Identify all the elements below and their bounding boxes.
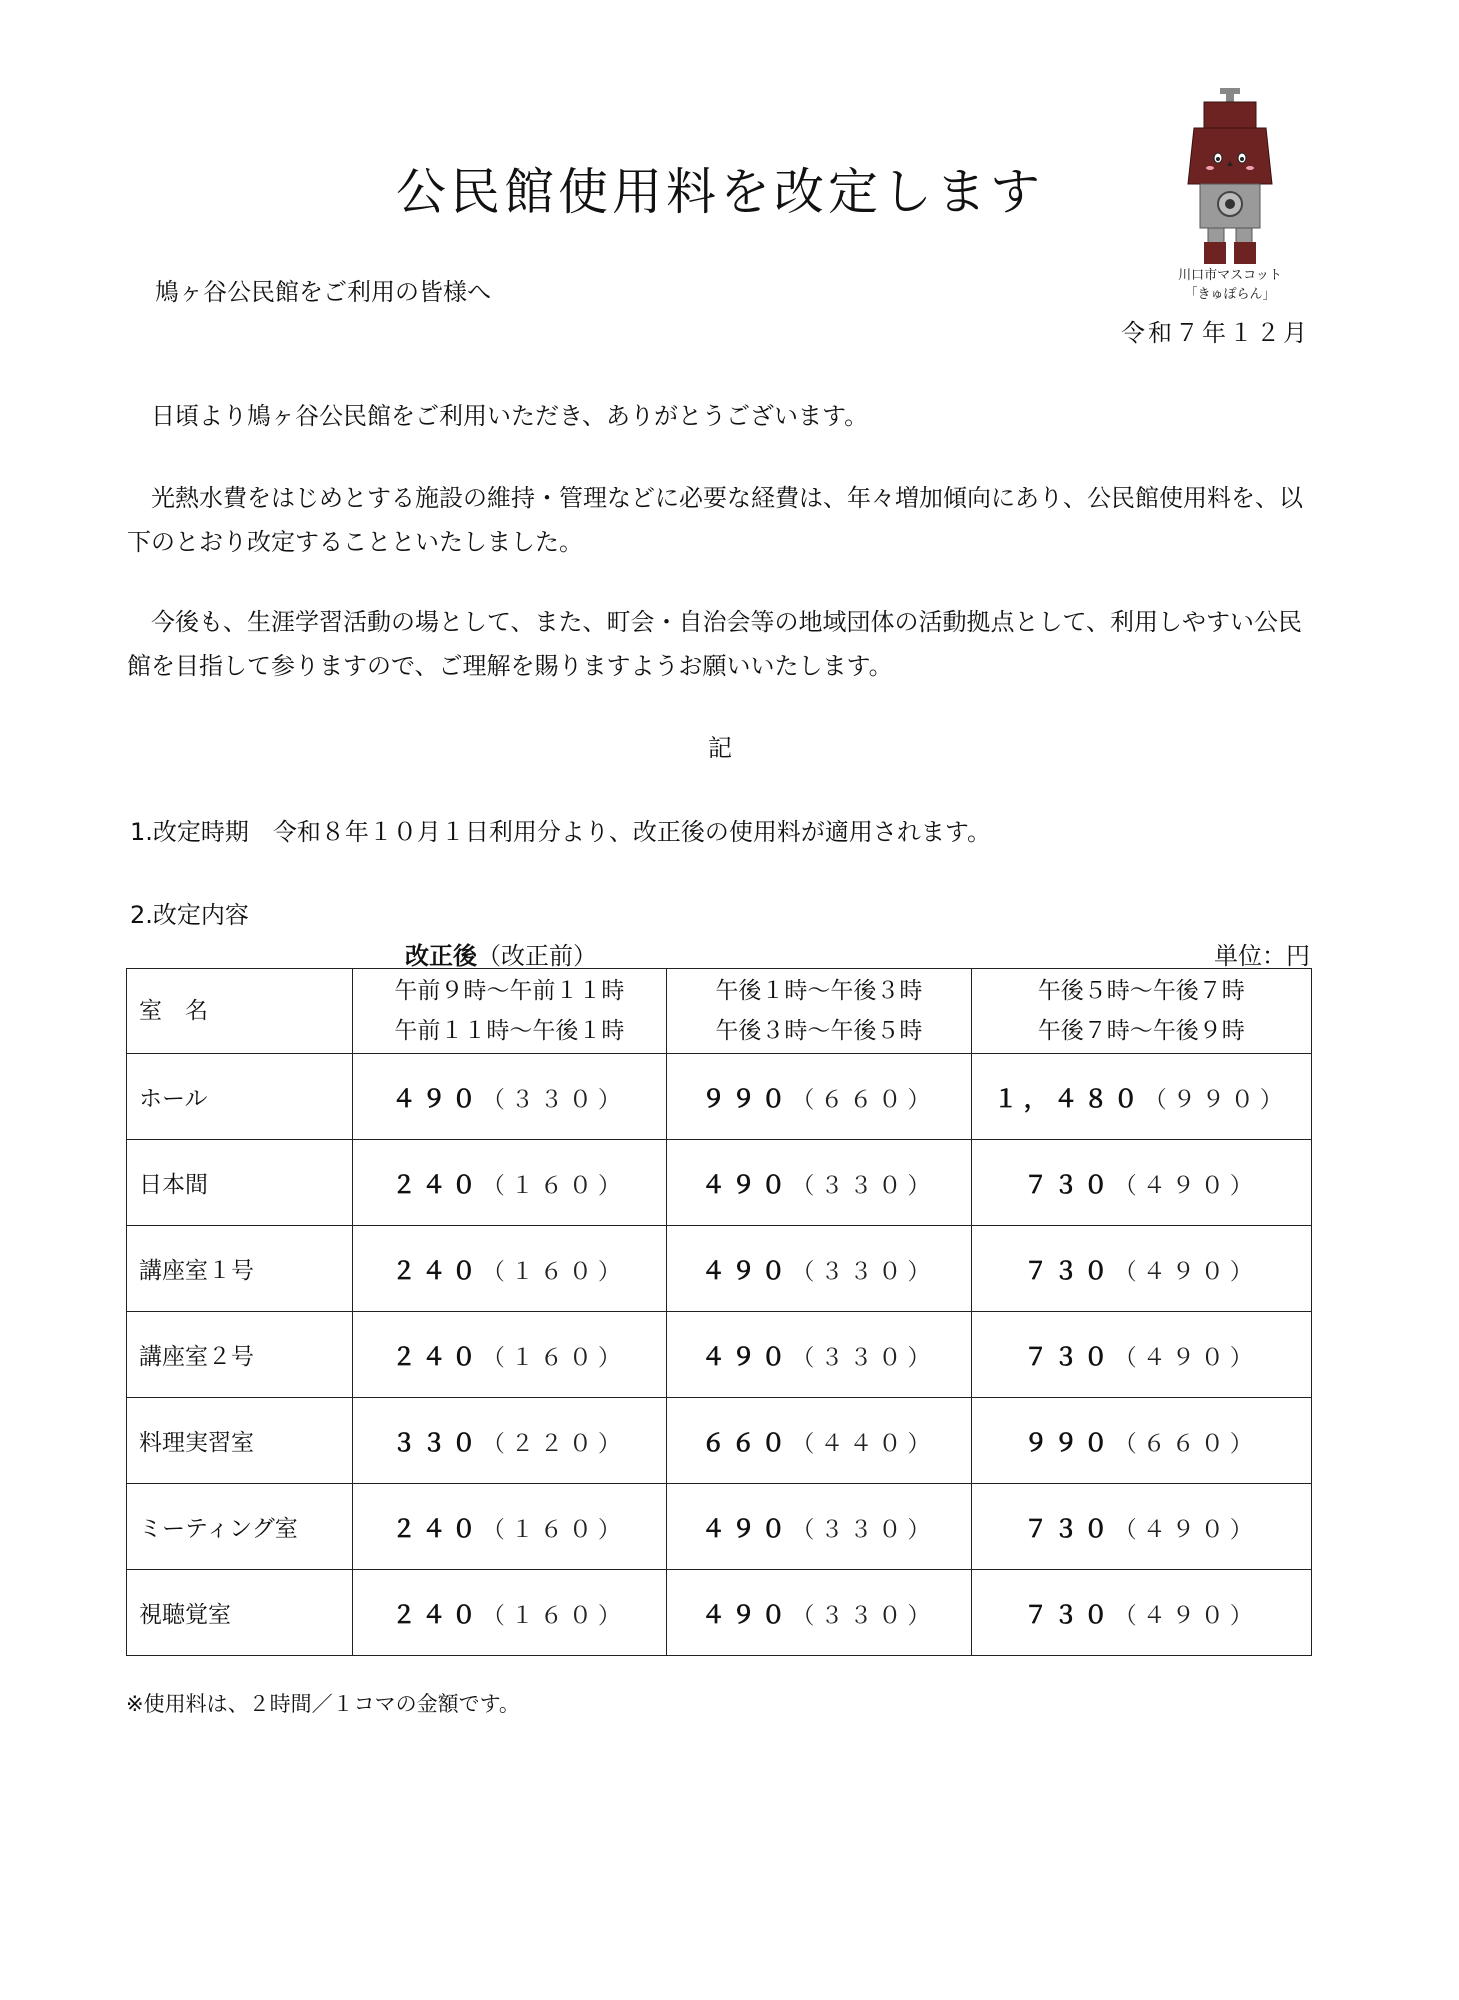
fee-old: （３３０）: [791, 1603, 936, 1629]
fee-old: （９９０）: [1144, 1087, 1289, 1113]
table-row: 料理実習室 ３３０（２２０） ６６０（４４０） ９９０（６６０）: [127, 1398, 1312, 1484]
unit-label: 単位：円: [1170, 936, 1310, 971]
header-slot-1-line1: 午前９時～午前１１時: [354, 971, 665, 1011]
mascot-caption-line2: 「きゅぽらん」: [1160, 285, 1300, 304]
fee-new: ７３０: [1024, 1171, 1114, 1199]
header-room-name-label: 室 名: [139, 998, 208, 1024]
room-name: 視聴覚室: [127, 1570, 353, 1656]
header-slot-2: 午後１時～午後３時午後３時～午後５時: [667, 969, 971, 1054]
table-row: 講座室２号 ２４０（１６０） ４９０（３３０） ７３０（４９０）: [127, 1312, 1312, 1398]
fee-new: ７３０: [1024, 1601, 1114, 1629]
fee-old: （４９０）: [1114, 1517, 1259, 1543]
ki-heading: 記: [0, 728, 1440, 763]
fee-old: （１６０）: [482, 1345, 627, 1371]
fee-new: ４９０: [701, 1515, 791, 1543]
fee-old: （２２０）: [482, 1431, 627, 1457]
paragraph-greeting: 日頃より鳩ヶ谷公民館をご利用いただき、ありがとうございます。: [127, 394, 1317, 438]
fee-old: （６６０）: [1114, 1431, 1259, 1457]
header-room-name: 室 名: [127, 969, 353, 1054]
fee-old: （４９０）: [1114, 1603, 1259, 1629]
fee-old: （１６０）: [482, 1603, 627, 1629]
fee-new: ２４０: [392, 1257, 482, 1285]
header-slot-3-line1: 午後５時～午後７時: [973, 971, 1310, 1011]
fee-new: ３３０: [392, 1429, 482, 1457]
table-row: 講座室１号 ２４０（１６０） ４９０（３３０） ７３０（４９０）: [127, 1226, 1312, 1312]
table-row: 日本間 ２４０（１６０） ４９０（３３０） ７３０（４９０）: [127, 1140, 1312, 1226]
fee-old: （１６０）: [482, 1173, 627, 1199]
room-name: ホール: [127, 1054, 353, 1140]
fee-old: （６６０）: [791, 1087, 936, 1113]
fee-old: （１６０）: [482, 1517, 627, 1543]
fee-new: ２４０: [392, 1343, 482, 1371]
table-row: 視聴覚室 ２４０（１６０） ４９０（３３０） ７３０（４９０）: [127, 1570, 1312, 1656]
fee-new: ７３０: [1024, 1515, 1114, 1543]
fee-table: 室 名 午前９時～午前１１時午前１１時～午後１時 午後１時～午後３時午後３時～午…: [126, 968, 1312, 1656]
fee-new: ４９０: [392, 1085, 482, 1113]
footnote: ※使用料は、２時間／１コマの金額です。: [126, 1688, 520, 1718]
fee-old: （３３０）: [791, 1517, 936, 1543]
fee-new: ７３０: [1024, 1343, 1114, 1371]
mascot-caption-line1: 川口市マスコット: [1160, 266, 1300, 285]
room-name: ミーティング室: [127, 1484, 353, 1570]
fee-old: （１６０）: [482, 1259, 627, 1285]
fee-old: （３３０）: [482, 1087, 627, 1113]
fee-old: （３３０）: [791, 1173, 936, 1199]
room-name: 講座室１号: [127, 1226, 353, 1312]
table-legend: 改正後（改正前）: [405, 936, 597, 971]
fee-new: ２４０: [392, 1171, 482, 1199]
fee-new: ４９０: [701, 1343, 791, 1371]
legend-old: （改正前）: [477, 942, 597, 970]
paragraph-reason: 光熱水費をはじめとする施設の維持・管理などに必要な経費は、年々増加傾向にあり、公…: [127, 476, 1317, 564]
mascot-caption: 川口市マスコット 「きゅぽらん」: [1160, 266, 1300, 304]
addressee: 鳩ヶ谷公民館をご利用の皆様へ: [155, 272, 491, 307]
table-row: ミーティング室 ２４０（１６０） ４９０（３３０） ７３０（４９０）: [127, 1484, 1312, 1570]
issue-date: 令和７年１２月: [1100, 313, 1310, 348]
header-slot-2-line1: 午後１時～午後３時: [668, 971, 969, 1011]
item-revision-date: 1.改定時期 令和８年１０月１日利用分より、改正後の使用料が適用されます。: [130, 812, 991, 847]
fee-new: ４９０: [701, 1171, 791, 1199]
paragraph-closing: 今後も、生涯学習活動の場として、また、町会・自治会等の地域団体の活動拠点として、…: [127, 600, 1317, 688]
fee-old: （４９０）: [1114, 1345, 1259, 1371]
table-header-row: 室 名 午前９時～午前１１時午前１１時～午後１時 午後１時～午後３時午後３時～午…: [127, 969, 1312, 1054]
fee-old: （３３０）: [791, 1259, 936, 1285]
fee-new: ９９０: [1024, 1429, 1114, 1457]
fee-new: ２４０: [392, 1601, 482, 1629]
fee-old: （４９０）: [1114, 1173, 1259, 1199]
fee-old: （３３０）: [791, 1345, 936, 1371]
fee-new: ４９０: [701, 1601, 791, 1629]
fee-new: １，４８０: [994, 1085, 1144, 1113]
mascot-image-icon: [1180, 88, 1280, 266]
fee-old: （４９０）: [1114, 1259, 1259, 1285]
header-slot-1: 午前９時～午前１１時午前１１時～午後１時: [352, 969, 666, 1054]
header-slot-1-line2: 午前１１時～午後１時: [354, 1011, 665, 1051]
header-slot-3: 午後５時～午後７時午後７時～午後９時: [971, 969, 1311, 1054]
fee-new: ７３０: [1024, 1257, 1114, 1285]
fee-old: （４４０）: [791, 1431, 936, 1457]
room-name: 料理実習室: [127, 1398, 353, 1484]
header-slot-3-line2: 午後７時～午後９時: [973, 1011, 1310, 1051]
header-slot-2-line2: 午後３時～午後５時: [668, 1011, 969, 1051]
table-row: ホール ４９０（３３０） ９９０（６６０） １，４８０（９９０）: [127, 1054, 1312, 1140]
fee-new: ６６０: [701, 1429, 791, 1457]
fee-new: ９９０: [701, 1085, 791, 1113]
room-name: 日本間: [127, 1140, 353, 1226]
room-name: 講座室２号: [127, 1312, 353, 1398]
fee-new: ２４０: [392, 1515, 482, 1543]
item-revision-content: 2.改定内容: [130, 895, 249, 930]
fee-new: ４９０: [701, 1257, 791, 1285]
legend-new: 改正後: [405, 942, 477, 970]
